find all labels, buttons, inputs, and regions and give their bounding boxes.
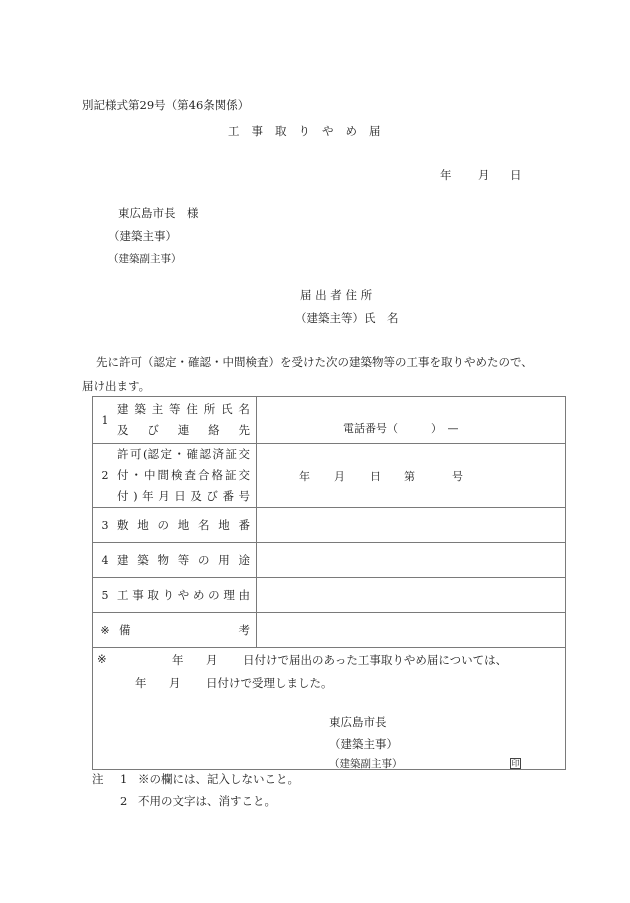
receipt-month-1: 月: [206, 652, 218, 668]
table-row: 1 建築主等住所氏名 及び連絡先 電話番号（ ） —: [93, 397, 566, 444]
seal-icon: 印: [510, 758, 521, 769]
table-row: 2 許可(認定・確認済証交 付・中間検査合格証交 付)年月日及び番号 年月日第号: [93, 444, 566, 508]
phone-number-label: 電話番号（ ） —: [257, 420, 565, 443]
row-number: 1: [93, 414, 117, 427]
date-line: 年月日: [440, 167, 522, 183]
receipt-mark: ※: [97, 652, 107, 666]
row-number: 2: [93, 469, 117, 482]
title-char: り: [299, 123, 323, 139]
note-2: 2不用の文字は、消すこと。: [92, 793, 276, 809]
date-month-label: 月: [478, 167, 510, 183]
row-label: 2 許可(認定・確認済証交 付・中間検査合格証交 付)年月日及び番号: [93, 444, 257, 508]
addressee-sub1: （建築主事）: [108, 228, 177, 244]
title-char: め: [346, 123, 370, 139]
addressee-sub2: （建築副主事）: [108, 251, 182, 266]
date-day-label: 日: [510, 167, 522, 183]
receipt-line-2: 日付けで受理しました。: [206, 675, 333, 691]
table-row: ※ 年 月 日付けで届出のあった工事取りやめ届については、 年 月 日付けで受理…: [93, 648, 566, 770]
receipt-month-2: 月: [169, 675, 181, 691]
applicant-contact-field[interactable]: 電話番号（ ） —: [257, 397, 566, 444]
date-year-label: 年: [440, 167, 478, 183]
row-number: 4: [93, 554, 117, 567]
title-char: や: [322, 123, 346, 139]
title-char: 事: [252, 123, 276, 139]
intro-line-1: 先に許可（認定・確認・中間検査）を受けた次の建築物等の工事を取りやめたので、: [96, 354, 533, 370]
building-use-field[interactable]: [257, 543, 566, 578]
notes-prefix: 注: [92, 771, 120, 787]
note-1: 注1※の欄には、記入しないこと。: [92, 771, 299, 787]
row-number: ※: [93, 624, 117, 637]
row-label: 5 工事取りやめの理由: [93, 578, 257, 613]
document-title: 工事取りやめ届: [228, 123, 393, 139]
row-label: ※ 備考: [93, 613, 257, 648]
applicant-name-label: （建築主等）氏 名: [295, 310, 399, 326]
addressee-name: 東広島市長 様: [118, 205, 199, 221]
title-char: 工: [228, 123, 252, 139]
row-number: 3: [93, 519, 117, 532]
receipt-year-2: 年: [135, 675, 147, 691]
applicant-address-label: 届 出 者 住 所: [300, 287, 372, 303]
row-label: 3 敷地の地名地番: [93, 508, 257, 543]
form-table: 1 建築主等住所氏名 及び連絡先 電話番号（ ） — 2 許可(認定・確認済証交…: [92, 396, 566, 770]
receipt-line-1: 日付けで届出のあった工事取りやめ届については、: [243, 652, 507, 668]
site-address-field[interactable]: [257, 508, 566, 543]
receipt-section: ※ 年 月 日付けで届出のあった工事取りやめ届については、 年 月 日付けで受理…: [93, 648, 566, 770]
remarks-field: [257, 613, 566, 648]
title-char: 取: [275, 123, 299, 139]
form-number: 別記様式第29号（第46条関係）: [82, 97, 249, 113]
intro-line-2: 届け出ます。: [82, 378, 150, 394]
permit-date-number-field[interactable]: 年月日第号: [257, 444, 566, 508]
row-label: 1 建築主等住所氏名 及び連絡先: [93, 397, 257, 444]
table-row: ※ 備考: [93, 613, 566, 648]
issuer-name: 東広島市長: [329, 714, 387, 730]
cancellation-reason-field[interactable]: [257, 578, 566, 613]
table-row: 4 建築物等の用途: [93, 543, 566, 578]
title-char: 届: [369, 123, 393, 139]
table-row: 3 敷地の地名地番: [93, 508, 566, 543]
row-label: 4 建築物等の用途: [93, 543, 257, 578]
receipt-year-1: 年: [172, 652, 184, 668]
issuer-sub1: （建築主事）: [329, 736, 398, 752]
row-number: 5: [93, 589, 117, 602]
issuer-sub2: （建築副主事）: [329, 756, 403, 771]
table-row: 5 工事取りやめの理由: [93, 578, 566, 613]
